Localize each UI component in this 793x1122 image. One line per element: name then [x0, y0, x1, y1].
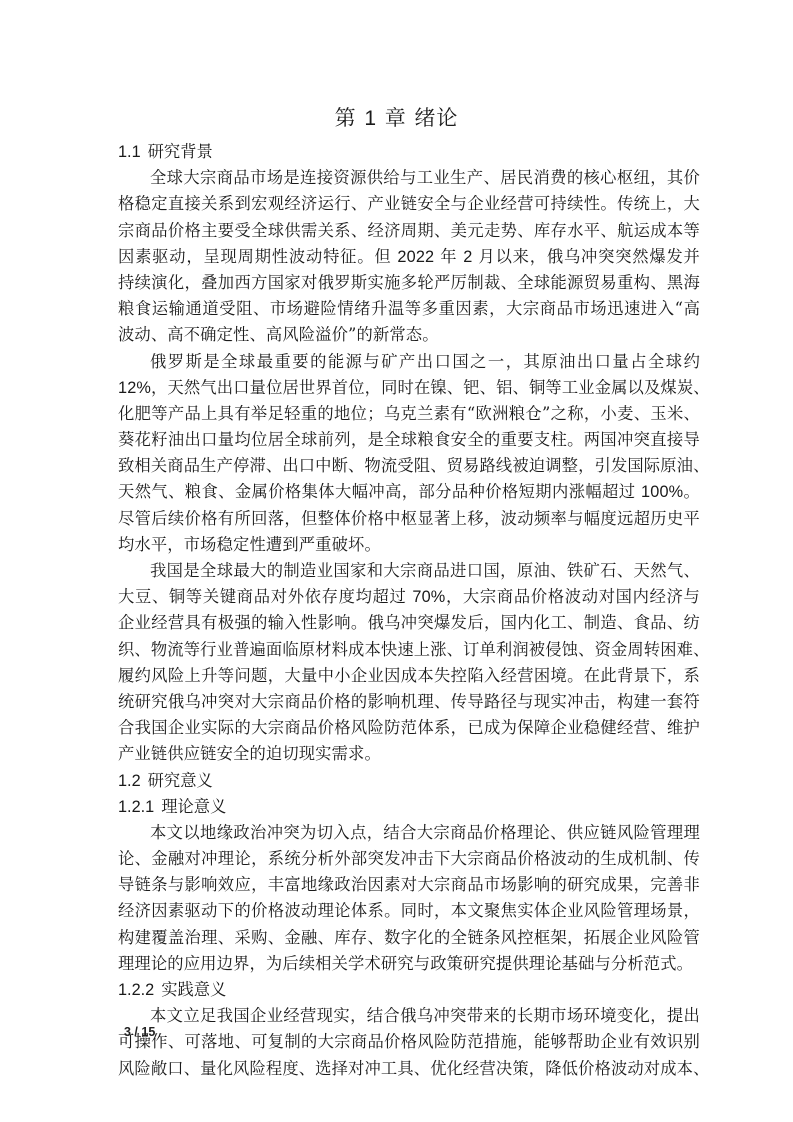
paragraph-line: 尽管后续价格有所回落，但整体价格中枢显著上移，波动频率与幅度远超历史平: [118, 506, 700, 532]
paragraph-line: 12%，天然气出口量位居世界首位，同时在镍、钯、铝、铜等工业金属以及煤炭、: [118, 375, 700, 401]
paragraph-line: 织、物流等行业普遍面临原材料成本快速上涨、订单利润被侵蚀、资金周转困难、: [118, 637, 700, 663]
section-number: 1.1: [118, 143, 141, 161]
document-body: 1.1研究背景全球大宗商品市场是连接资源供给与工业生产、居民消费的核心枢纽，其价…: [118, 139, 700, 1082]
paragraph-line: 构建覆盖治理、采购、金融、库存、数字化的全链条风控框架，拓展企业风险管: [118, 925, 700, 951]
paragraph-line: 因素驱动，呈现周期性波动特征。但 2022 年 2 月以来，俄乌冲突突然爆发并: [118, 244, 700, 270]
section-title: 研究意义: [148, 771, 213, 790]
paragraph-line: 俄罗斯是全球最重要的能源与矿产出口国之一，其原油出口量占全球约: [118, 349, 700, 375]
section-title: 实践意义: [161, 980, 226, 999]
paragraph-line: 格稳定直接关系到宏观经济运行、产业链安全与企业经营可持续性。传统上，大: [118, 191, 700, 217]
section-heading: 1.2研究意义: [118, 768, 700, 794]
paragraph-line: 我国是全球最大的制造业国家和大宗商品进口国，原油、铁矿石、天然气、: [118, 558, 700, 584]
paragraph-line: 持续演化，叠加西方国家对俄罗斯实施多轮严厉制裁、全球能源贸易重构、黑海: [118, 270, 700, 296]
paragraph-line: 均水平，市场稳定性遭到严重破坏。: [118, 532, 700, 558]
paragraph-line: 论、金融对冲理论，系统分析外部突发冲击下大宗商品价格波动的生成机制、传: [118, 846, 700, 872]
paragraph-line: 可操作、可落地、可复制的大宗商品价格风险防范措施，能够帮助企业有效识别: [118, 1029, 700, 1055]
section-heading: 1.2.2实践意义: [118, 977, 700, 1003]
paragraph-line: 全球大宗商品市场是连接资源供给与工业生产、居民消费的核心枢纽，其价: [118, 165, 700, 191]
paragraph-line: 大豆、铜等关键商品对外依存度均超过 70%，大宗商品价格波动对国内经济与: [118, 584, 700, 610]
paragraph-line: 粮食运输通道受阻、市场避险情绪升温等多重因素，大宗商品市场迅速进入“高: [118, 296, 700, 322]
section-heading: 1.2.1理论意义: [118, 794, 700, 820]
chapter-title-suffix: 章 绪论: [385, 106, 459, 130]
paragraph: 本文立足我国企业经营现实，结合俄乌冲突带来的长期市场环境变化，提出可操作、可落地…: [118, 1003, 700, 1082]
section-number: 1.2.2: [118, 981, 154, 999]
chapter-title-prefix: 第: [335, 106, 357, 130]
paragraph: 全球大宗商品市场是连接资源供给与工业生产、居民消费的核心枢纽，其价格稳定直接关系…: [118, 165, 700, 348]
paragraph-line: 致相关商品生产停滞、出口中断、物流受阻、贸易路线被迫调整，引发国际原油、: [118, 453, 700, 479]
paragraph-line: 风险敞口、量化风险程度、选择对冲工具、优化经营决策，降低价格波动对成本、: [118, 1056, 700, 1082]
section-number: 1.2.1: [118, 798, 154, 816]
paragraph-line: 产业链供应链安全的迫切现实需求。: [118, 741, 700, 767]
paragraph-line: 波动、高不确定性、高风险溢价”的新常态。: [118, 322, 700, 348]
paragraph-line: 葵花籽油出口量均位居全球前列，是全球粮食安全的重要支柱。两国冲突直接导: [118, 427, 700, 453]
paragraph-line: 理理论的应用边界，为后续相关学术研究与政策研究提供理论基础与分析范式。: [118, 951, 700, 977]
section-title: 研究背景: [148, 142, 213, 161]
page-number: 3 / 15: [124, 1025, 155, 1039]
section-title: 理论意义: [161, 797, 226, 816]
paragraph-line: 合我国企业实际的大宗商品价格风险防范体系，已成为保障企业稳健经营、维护: [118, 715, 700, 741]
chapter-number: 1: [364, 107, 377, 130]
section-heading: 1.1研究背景: [118, 139, 700, 165]
paragraph-line: 化肥等产品上具有举足轻重的地位；乌克兰素有“欧洲粮仓”之称，小麦、玉米、: [118, 401, 700, 427]
paragraph: 本文以地缘政治冲突为切入点，结合大宗商品价格理论、供应链风险管理理论、金融对冲理…: [118, 820, 700, 977]
paragraph-line: 宗商品价格主要受全球供需关系、经济周期、美元走势、库存水平、航运成本等: [118, 218, 700, 244]
paragraph-line: 企业经营具有极强的输入性影响。俄乌冲突爆发后，国内化工、制造、食品、纺: [118, 610, 700, 636]
paragraph-line: 履约风险上升等问题，大量中小企业因成本失控陷入经营困境。在此背景下，系: [118, 663, 700, 689]
paragraph-line: 本文立足我国企业经营现实，结合俄乌冲突带来的长期市场环境变化，提出: [118, 1003, 700, 1029]
chapter-title: 第 1 章 绪论: [0, 104, 793, 133]
paragraph-line: 天然气、粮食、金属价格集体大幅冲高，部分品种价格短期内涨幅超过 100%。: [118, 479, 700, 505]
paragraph-line: 导链条与影响效应，丰富地缘政治因素对大宗商品市场影响的研究成果，完善非: [118, 872, 700, 898]
paragraph: 俄罗斯是全球最重要的能源与矿产出口国之一，其原油出口量占全球约12%，天然气出口…: [118, 349, 700, 559]
paragraph-line: 经济因素驱动下的价格波动理论体系。同时，本文聚焦实体企业风险管理场景，: [118, 898, 700, 924]
section-number: 1.2: [118, 772, 141, 790]
paragraph-line: 本文以地缘政治冲突为切入点，结合大宗商品价格理论、供应链风险管理理: [118, 820, 700, 846]
paragraph-line: 统研究俄乌冲突对大宗商品价格的影响机理、传导路径与现实冲击，构建一套符: [118, 689, 700, 715]
document-page: 第 1 章 绪论 1.1研究背景全球大宗商品市场是连接资源供给与工业生产、居民消…: [0, 0, 793, 1122]
paragraph: 我国是全球最大的制造业国家和大宗商品进口国，原油、铁矿石、天然气、大豆、铜等关键…: [118, 558, 700, 768]
